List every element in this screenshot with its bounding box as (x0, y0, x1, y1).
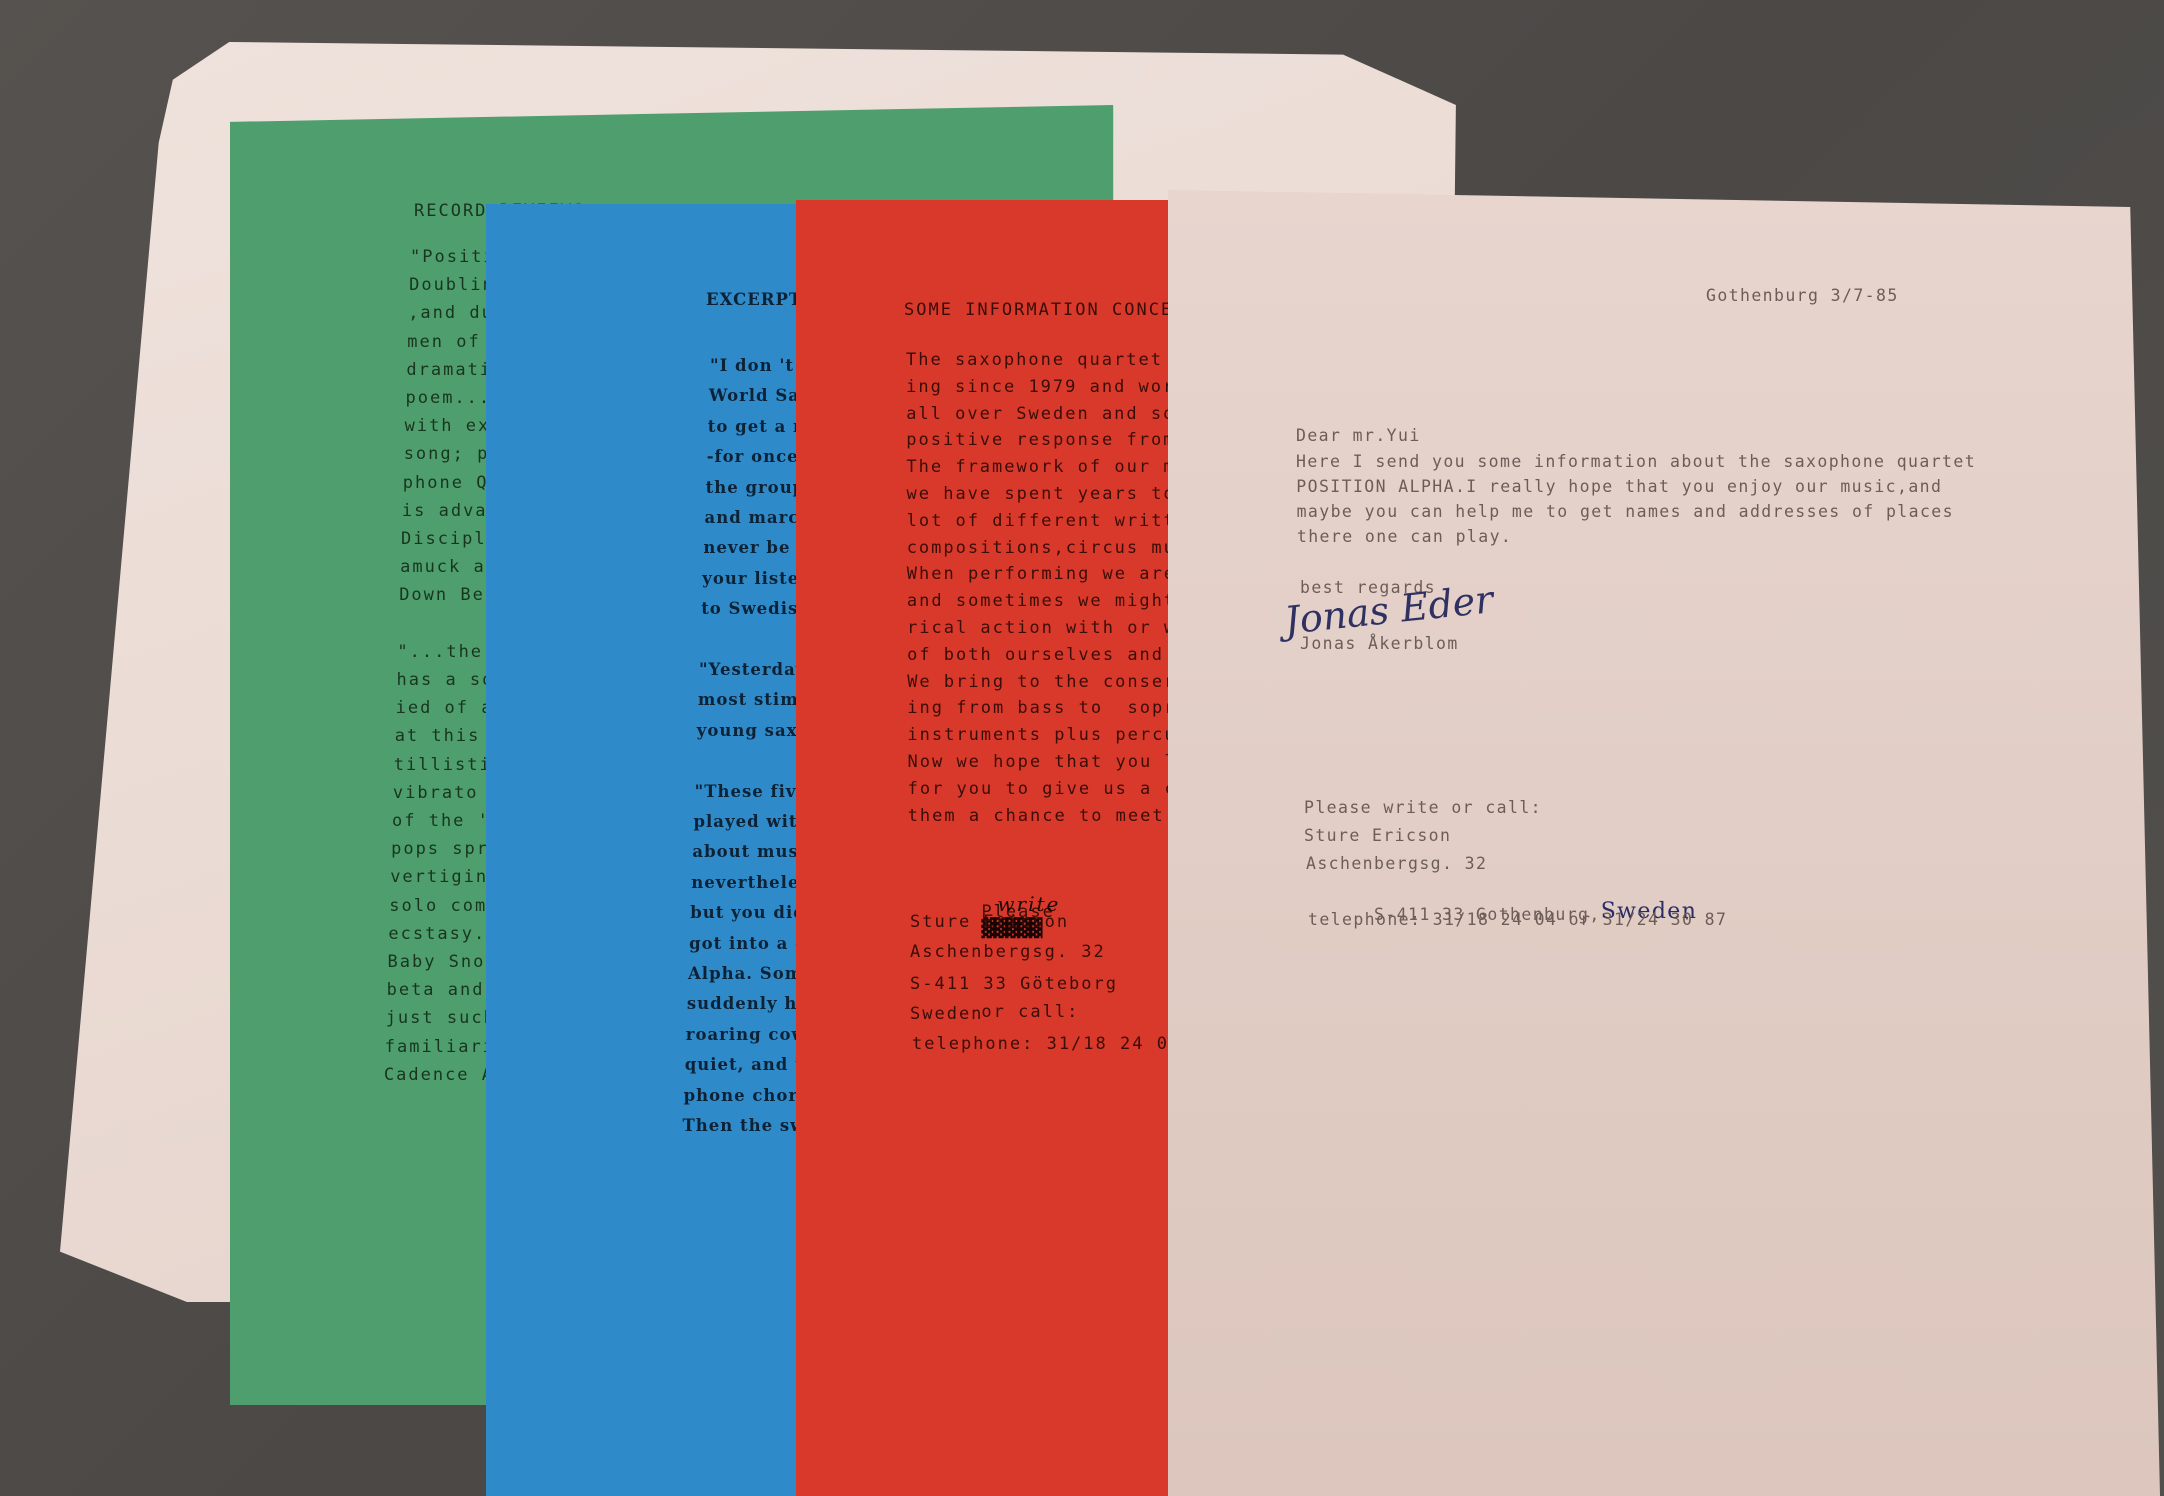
red-text-line: compositions,circus musi (907, 538, 1201, 558)
red-text-line: we have spent years toge (907, 484, 1201, 504)
red-contact-prompt-after: or call: (981, 1002, 1079, 1022)
letter-body-line: POSITION ALPHA.I really hope that you en… (1296, 477, 1942, 496)
red-text-line: of both ourselves and t (907, 645, 1188, 665)
red-text-line: When performing we are c (907, 564, 1201, 584)
red-text-line: positive response from t (906, 430, 1200, 450)
blue-text-line: got into a g (689, 934, 808, 953)
red-text-line: ing from bass to sopra (907, 698, 1188, 718)
letter-body-line: there one can play. (1297, 527, 1512, 546)
red-text-line: for you to give us a ch (908, 779, 1189, 799)
red-text-line: instruments plus percus (907, 725, 1188, 745)
red-text-line: all over Sweden and so f (906, 404, 1200, 424)
red-text-line: rical action with or wi (907, 618, 1188, 638)
red-text-line: and sometimes we might (907, 591, 1176, 611)
red-contact-telephone: telephone: 31/18 24 04 (912, 1034, 1181, 1054)
red-text-line: Now we hope that you li (908, 752, 1189, 772)
letter-sheet: Gothenburg 3/7-85 Dear mr.Yui Here I sen… (1168, 190, 2160, 1496)
red-title: SOME INFORMATION CONCERNI (904, 300, 1210, 320)
letter-body-line: maybe you can help me to get names and a… (1297, 502, 1954, 521)
red-text-line: We bring to the consert (907, 672, 1188, 692)
blue-text-line: "These five (695, 782, 808, 801)
letter-contact-street: Aschenbergsg. 32 (1306, 854, 1487, 873)
red-contact-name: Sture Ericson (910, 912, 1069, 932)
letter-contact-telephone: telephone: 31/18 24 04 or 31/24 30 87 (1308, 910, 1727, 929)
red-text-line: ing since 1979 and workin (906, 377, 1212, 397)
letter-contact-prompt: Please write or call: (1304, 798, 1542, 817)
red-contact-street: Aschenbergsg. 32 (910, 942, 1106, 962)
letter-typed-name: Jonas Åkerblom (1300, 634, 1459, 653)
blue-text-line: to Swedish (701, 599, 811, 618)
red-text-line: them a chance to meet u (908, 806, 1189, 826)
red-text-line: The saxophone quartet POS (906, 350, 1212, 370)
red-contact-country: Sweden (910, 1004, 983, 1024)
red-text-line: lot of different writter (907, 511, 1201, 531)
letter-body-line: Here I send you some information about t… (1296, 452, 1976, 471)
blue-text-line: -for once- (707, 447, 807, 466)
letter-date: Gothenburg 3/7-85 (1706, 286, 1899, 305)
red-text-line: The framework of our mus (906, 457, 1200, 477)
red-contact-postal: S-411 33 Göteborg (910, 974, 1118, 994)
letter-salutation: Dear mr.Yui (1296, 426, 1421, 445)
letter-contact-name: Sture Ericson (1304, 826, 1451, 845)
